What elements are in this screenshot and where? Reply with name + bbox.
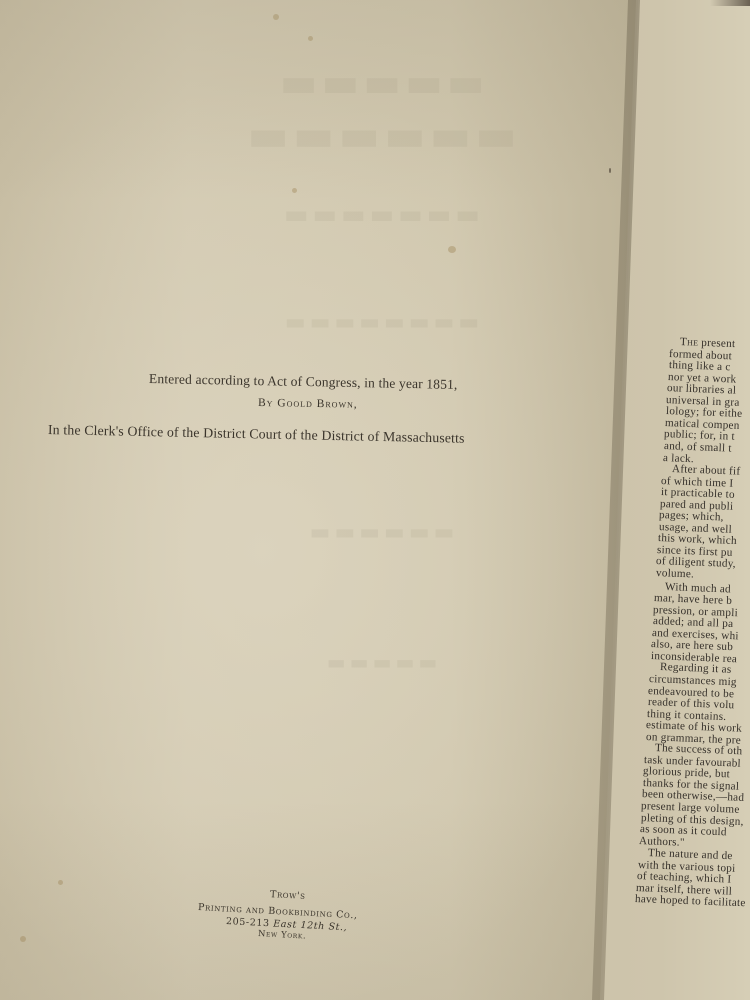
show-through-text: ▬▬▬▬▬▬ [170, 110, 590, 161]
show-through-text: ▬▬▬▬▬ [170, 650, 590, 674]
foxing-spot [609, 168, 611, 173]
foxing-spot [58, 880, 63, 885]
show-through-text: ▬▬▬▬▬ [170, 60, 590, 106]
imprint-printer-name: Trow's [270, 889, 306, 902]
copyright-author-line: By Goold Brown, [258, 397, 358, 411]
show-through-text: ▬▬▬▬▬▬▬▬ [170, 310, 590, 335]
preface-line: have hoped to facilitate [635, 893, 746, 909]
show-through-text: ▬▬▬▬▬▬ [170, 520, 590, 545]
foxing-spot [308, 36, 313, 41]
foxing-spot [273, 14, 279, 20]
show-through-text: ▬▬▬▬▬▬▬ [170, 200, 590, 230]
book-spread: ▬▬▬▬▬ ▬▬▬▬▬▬ ▬▬▬▬▬▬▬ ▬▬▬▬▬▬▬▬ ▬▬▬▬▬▬ ▬▬▬… [0, 0, 750, 1000]
preface-line: Authors." [639, 835, 685, 849]
preface-line: volume. [655, 567, 694, 580]
foxing-spot [292, 188, 297, 193]
foxing-spot [448, 246, 456, 253]
foxing-spot [20, 936, 26, 942]
